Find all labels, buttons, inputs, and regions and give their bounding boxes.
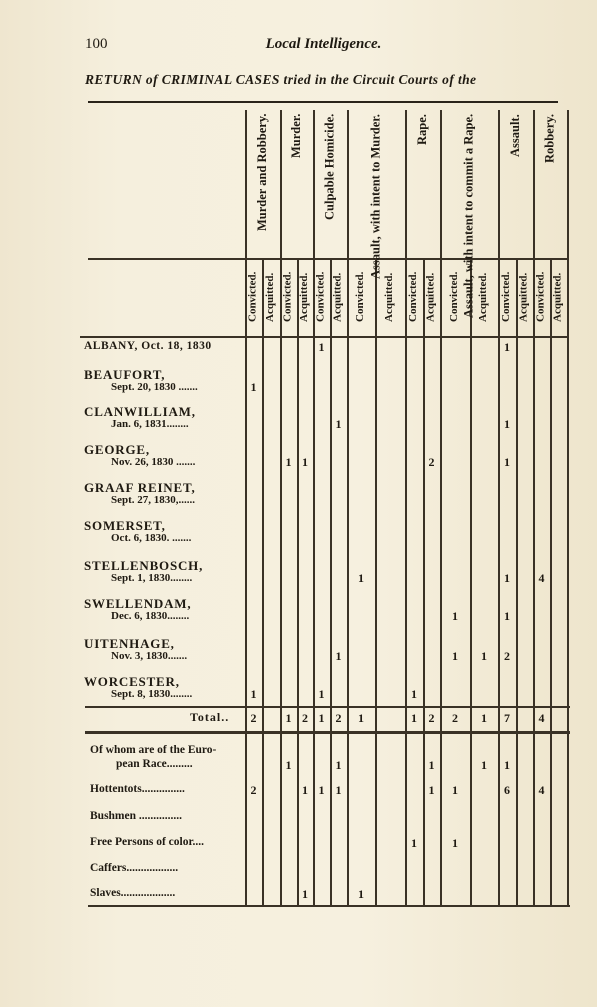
breakdown-value: 1 bbox=[405, 836, 423, 851]
breakdown-value: 1 bbox=[352, 887, 370, 902]
row-label-date: Sept. 8, 1830........ bbox=[111, 688, 192, 700]
column-rule bbox=[297, 258, 299, 905]
subheader-convicted: Convicted. bbox=[499, 262, 515, 332]
breakdown-label: Free Persons of color.... bbox=[90, 836, 204, 848]
subheader-convicted: Convicted. bbox=[281, 262, 296, 332]
column-rule bbox=[516, 258, 518, 905]
breakdown-value: 1 bbox=[446, 783, 464, 798]
subheader-convicted: Convicted. bbox=[348, 262, 374, 332]
subheader-convicted: Convicted. bbox=[314, 262, 329, 332]
row-value: 1 bbox=[498, 340, 516, 355]
row-value: 1 bbox=[498, 455, 516, 470]
breakdown-value: 1 bbox=[280, 758, 298, 773]
breakdown-label: Bushmen ............... bbox=[90, 810, 182, 822]
breakdown-value: 1 bbox=[498, 758, 516, 773]
total-label: Total.. bbox=[190, 710, 229, 725]
subheader-convicted: Convicted. bbox=[441, 262, 469, 332]
subheader-acquitted: Acquitted. bbox=[471, 262, 497, 332]
row-label-date: Sept. 20, 1830 ....... bbox=[111, 381, 198, 393]
subheader-acquitted: Acquitted. bbox=[376, 262, 404, 332]
subheader-acquitted: Acquitted. bbox=[331, 262, 346, 332]
row-label-date: Sept. 27, 1830,...... bbox=[111, 494, 195, 506]
row-label-date: Nov. 3, 1830....... bbox=[111, 650, 187, 662]
row-value: 1 bbox=[352, 571, 370, 586]
breakdown-value: 1 bbox=[446, 836, 464, 851]
breakdown-value: 1 bbox=[423, 783, 441, 798]
bottom-rule bbox=[88, 905, 570, 907]
total-value: 2 bbox=[446, 711, 464, 726]
row-label-date: Nov. 26, 1830 ....... bbox=[111, 456, 195, 468]
row-label-date: Sept. 1, 1830........ bbox=[111, 572, 192, 584]
column-header-3: Culpable Homicide. bbox=[314, 114, 346, 254]
row-label-date: Jan. 6, 1831........ bbox=[111, 418, 189, 430]
total-value: 2 bbox=[296, 711, 314, 726]
row-label-date: Oct. 6, 1830. ....... bbox=[111, 532, 191, 544]
row-label-albany: ALBANY, Oct. 18, 1830 bbox=[84, 340, 212, 352]
subheader-acquitted: Acquitted. bbox=[424, 262, 439, 332]
column-rule bbox=[567, 110, 569, 905]
breakdown-value: 1 bbox=[330, 783, 348, 798]
row-value: 1 bbox=[296, 455, 314, 470]
breakdown-value: 1 bbox=[423, 758, 441, 773]
column-header-5: Rape. bbox=[406, 114, 439, 254]
total-value: 4 bbox=[533, 711, 551, 726]
breakdown-value: 2 bbox=[245, 783, 263, 798]
subheader-acquitted: Acquitted. bbox=[551, 262, 566, 332]
subheader-acquitted: Acquitted. bbox=[517, 262, 532, 332]
column-rule bbox=[262, 258, 264, 905]
breakdown-value: 6 bbox=[498, 783, 516, 798]
breakdown-label: Caffers.................. bbox=[90, 862, 178, 874]
row-value: 1 bbox=[280, 455, 298, 470]
row-label-date: Dec. 6, 1830........ bbox=[111, 610, 189, 622]
subheader-convicted: Convicted. bbox=[246, 262, 261, 332]
column-header-1: Murder and Robbery. bbox=[246, 114, 279, 254]
total-value: 1 bbox=[280, 711, 298, 726]
row-value: 1 bbox=[245, 380, 263, 395]
breakdown-value: 1 bbox=[475, 758, 493, 773]
table-title: RETURN of CRIMINAL CASES tried in the Ci… bbox=[85, 72, 476, 88]
row-value: 1 bbox=[330, 417, 348, 432]
row-value: 1 bbox=[498, 571, 516, 586]
subheader-convicted: Convicted. bbox=[534, 262, 549, 332]
total-value: 1 bbox=[352, 711, 370, 726]
total-value: 2 bbox=[245, 711, 263, 726]
column-rule bbox=[423, 258, 425, 905]
breakdown-label: Hottentots............... bbox=[90, 783, 185, 795]
column-header-2: Murder. bbox=[281, 114, 312, 254]
breakdown-label: Slaves................... bbox=[90, 887, 175, 899]
row-value: 2 bbox=[423, 455, 441, 470]
breakdown-label: Of whom are of the Euro- bbox=[90, 744, 216, 756]
total-value: 1 bbox=[475, 711, 493, 726]
column-header-6: Assault, with intent to commit a Rape. bbox=[441, 114, 497, 254]
row-value: 1 bbox=[405, 687, 423, 702]
breakdown-value: 1 bbox=[313, 783, 331, 798]
row-value: 1 bbox=[313, 687, 331, 702]
column-rule bbox=[330, 258, 332, 905]
total-rule-top bbox=[85, 706, 570, 708]
row-value: 1 bbox=[446, 649, 464, 664]
total-rule-bottom bbox=[85, 731, 570, 734]
body-rule bbox=[80, 336, 568, 338]
total-value: 2 bbox=[330, 711, 348, 726]
row-value: 2 bbox=[498, 649, 516, 664]
breakdown-value: 1 bbox=[296, 887, 314, 902]
breakdown-value: 1 bbox=[330, 758, 348, 773]
row-value: 4 bbox=[533, 571, 551, 586]
row-value: 1 bbox=[330, 649, 348, 664]
total-value: 1 bbox=[313, 711, 331, 726]
row-value: 1 bbox=[498, 417, 516, 432]
row-value: 1 bbox=[475, 649, 493, 664]
column-header-4: Assault, with intent to Murder. bbox=[348, 114, 404, 254]
breakdown-label-cont: pean Race......... bbox=[116, 758, 193, 770]
total-value: 7 bbox=[498, 711, 516, 726]
total-value: 1 bbox=[405, 711, 423, 726]
column-rule bbox=[470, 258, 472, 905]
subheader-acquitted: Acquitted. bbox=[298, 262, 312, 332]
subheader-rule bbox=[88, 258, 568, 260]
top-rule bbox=[88, 101, 558, 103]
total-value: 2 bbox=[423, 711, 441, 726]
subheader-acquitted: Acquitted. bbox=[263, 262, 279, 332]
document-page: 100 Local Intelligence. RETURN of CRIMIN… bbox=[0, 0, 597, 1007]
row-value: 1 bbox=[245, 687, 263, 702]
row-value: 1 bbox=[446, 609, 464, 624]
column-rule bbox=[375, 258, 377, 905]
row-value: 1 bbox=[498, 609, 516, 624]
breakdown-value: 1 bbox=[296, 783, 314, 798]
breakdown-value: 4 bbox=[533, 783, 551, 798]
row-value: 1 bbox=[313, 340, 331, 355]
running-head: Local Intelligence. bbox=[0, 36, 597, 53]
column-header-7: Assault. bbox=[499, 114, 532, 254]
column-header-8: Robbery. bbox=[534, 114, 566, 254]
subheader-convicted: Convicted. bbox=[406, 262, 422, 332]
